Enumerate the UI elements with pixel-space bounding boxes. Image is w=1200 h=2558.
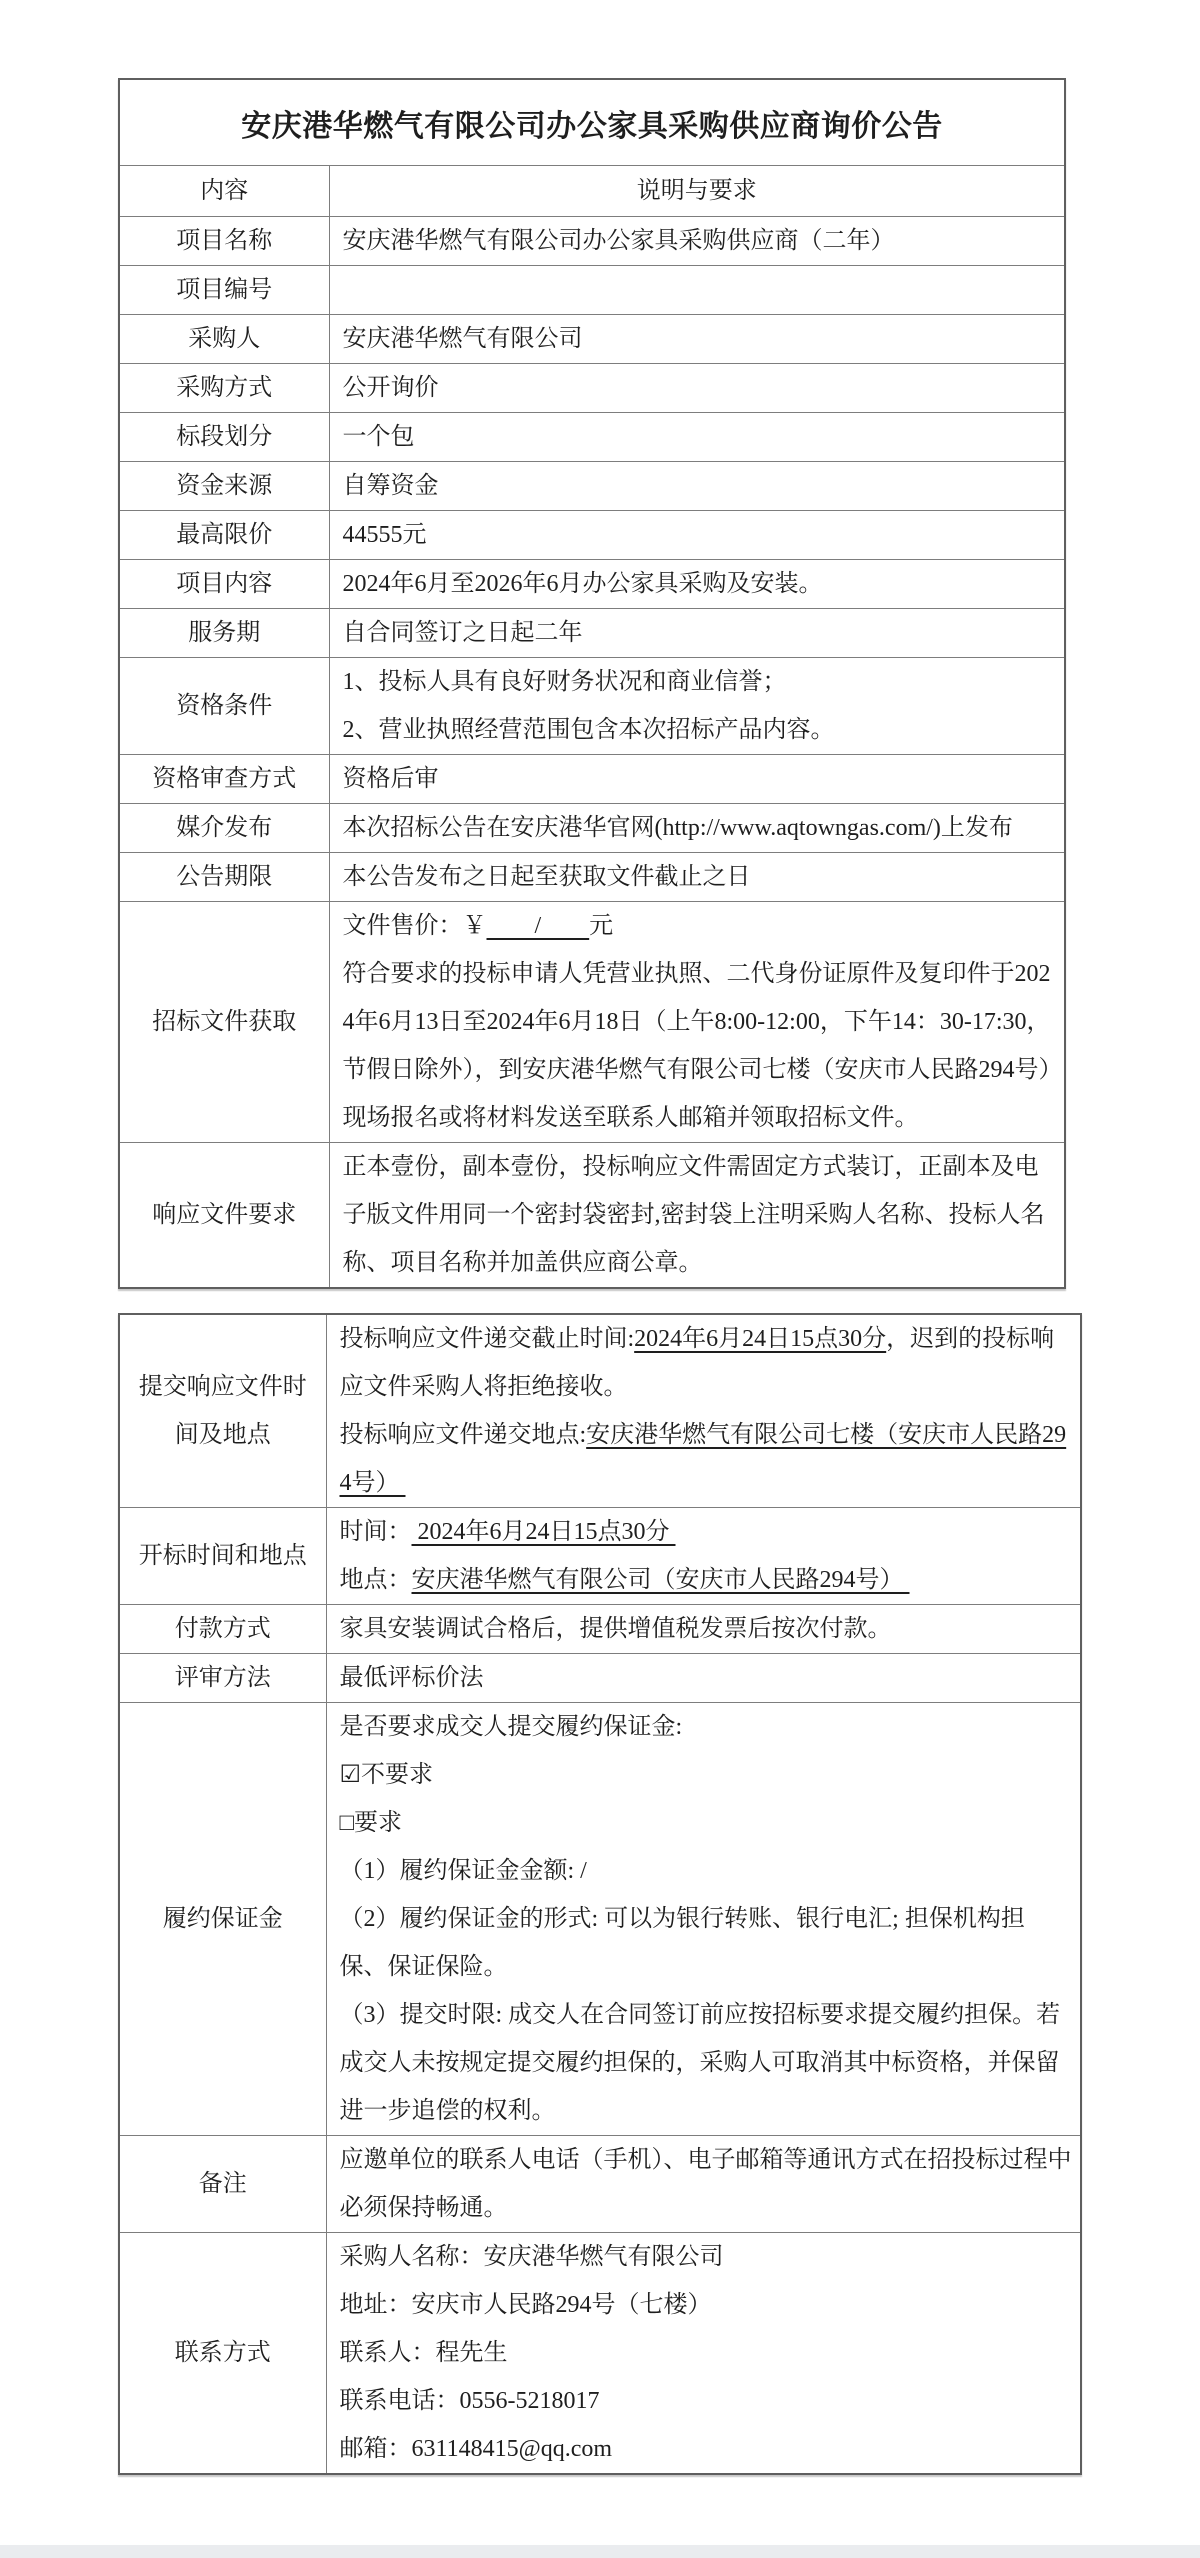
row-label: 履约保证金	[119, 1703, 326, 2136]
table-row: 标段划分一个包	[119, 413, 1065, 462]
value-line: 应邀单位的联系人电话（手机）、电子邮箱等通讯方式在招投标过程中必须保持畅通。	[340, 2136, 1073, 2232]
row-label: 资格审查方式	[119, 755, 329, 804]
row-label: 招标文件获取	[119, 902, 329, 1143]
row-label: 媒介发布	[119, 804, 329, 853]
value-line: 投标响应文件递交地点:安庆港华燃气有限公司七楼（安庆市人民路294号）	[340, 1411, 1073, 1507]
table-row: 提交响应文件时间及地点投标响应文件递交截止时间:2024年6月24日15点30分…	[119, 1314, 1081, 1508]
row-label: 采购方式	[119, 364, 329, 413]
row-label: 服务期	[119, 609, 329, 658]
row-value: 本次招标公告在安庆港华官网(http://www.aqtowngas.com/)…	[329, 804, 1065, 853]
value-line: 文件售价：￥ / 元	[343, 902, 1057, 950]
value-line: 资格后审	[343, 755, 1057, 803]
page-title: 安庆港华燃气有限公司办公家具采购供应商询价公告	[119, 79, 1065, 166]
value-line: 1、投标人具有良好财务状况和商业信誉；	[343, 658, 1057, 706]
row-value: 自筹资金	[329, 462, 1065, 511]
value-line: 采购人名称：安庆港华燃气有限公司	[340, 2233, 1073, 2281]
value-line: （1）履约保证金金额: /	[340, 1847, 1073, 1895]
announcement-table-primary: 安庆港华燃气有限公司办公家具采购供应商询价公告 内容 说明与要求 项目名称安庆港…	[118, 78, 1066, 1289]
row-label: 项目名称	[119, 217, 329, 266]
row-value: 一个包	[329, 413, 1065, 462]
row-value: 文件售价：￥ / 元符合要求的投标申请人凭营业执照、二代身份证原件及复印件于20…	[329, 902, 1065, 1143]
table-row: 服务期自合同签订之日起二年	[119, 609, 1065, 658]
table-row: 项目内容2024年6月至2026年6月办公家具采购及安装。	[119, 560, 1065, 609]
row-label: 评审方法	[119, 1654, 326, 1703]
value-line: 安庆港华燃气有限公司	[343, 315, 1057, 363]
value-line: 时间： 2024年6月24日15点30分	[340, 1508, 1073, 1556]
table-row: 履约保证金是否要求成交人提交履约保证金:☑不要求□要求（1）履约保证金金额: /…	[119, 1703, 1081, 2136]
value-line: 自筹资金	[343, 462, 1057, 510]
value-line: 是否要求成交人提交履约保证金:	[340, 1703, 1073, 1751]
value-line: 地址：安庆市人民路294号（七楼）	[340, 2281, 1073, 2329]
row-value	[329, 266, 1065, 315]
row-label: 开标时间和地点	[119, 1508, 326, 1605]
column-header-description: 说明与要求	[329, 166, 1065, 217]
value-line: 最低评标价法	[340, 1654, 1073, 1702]
row-label: 备注	[119, 2136, 326, 2233]
row-value: 44555元	[329, 511, 1065, 560]
row-value: 最低评标价法	[326, 1654, 1081, 1703]
table-row: 备注应邀单位的联系人电话（手机）、电子邮箱等通讯方式在招投标过程中必须保持畅通。	[119, 2136, 1081, 2233]
value-line: 投标响应文件递交截止时间:2024年6月24日15点30分，迟到的投标响应文件采…	[340, 1315, 1073, 1411]
table-row: 联系方式采购人名称：安庆港华燃气有限公司地址：安庆市人民路294号（七楼）联系人…	[119, 2233, 1081, 2475]
row-value: 是否要求成交人提交履约保证金:☑不要求□要求（1）履约保证金金额: /（2）履约…	[326, 1703, 1081, 2136]
row-value: 安庆港华燃气有限公司办公家具采购供应商（二年）	[329, 217, 1065, 266]
value-line: 正本壹份，副本壹份，投标响应文件需固定方式装订，正副本及电子版文件用同一个密封袋…	[343, 1143, 1057, 1287]
row-value: 1、投标人具有良好财务状况和商业信誉；2、营业执照经营范围包含本次招标产品内容。	[329, 658, 1065, 755]
value-line: 公开询价	[343, 364, 1057, 412]
row-value: 自合同签订之日起二年	[329, 609, 1065, 658]
value-line: 符合要求的投标申请人凭营业执照、二代身份证原件及复印件于2024年6月13日至2…	[343, 950, 1057, 1142]
table-row: 最高限价44555元	[119, 511, 1065, 560]
table-row: 资格审查方式资格后审	[119, 755, 1065, 804]
table-row: 付款方式家具安装调试合格后，提供增值税发票后按次付款。	[119, 1605, 1081, 1654]
value-line: 2024年6月至2026年6月办公家具采购及安装。	[343, 560, 1057, 608]
value-line: 安庆港华燃气有限公司办公家具采购供应商（二年）	[343, 217, 1057, 265]
row-value: 应邀单位的联系人电话（手机）、电子邮箱等通讯方式在招投标过程中必须保持畅通。	[326, 2136, 1081, 2233]
row-value: 资格后审	[329, 755, 1065, 804]
value-line: 一个包	[343, 413, 1057, 461]
value-line: ☑不要求	[340, 1751, 1073, 1799]
row-label: 公告期限	[119, 853, 329, 902]
table-row: 评审方法最低评标价法	[119, 1654, 1081, 1703]
value-line: （3）提交时限: 成交人在合同签订前应按招标要求提交履约担保。若成交人未按规定提…	[340, 1991, 1073, 2135]
row-label: 项目内容	[119, 560, 329, 609]
value-line: 邮箱：631148415@qq.com	[340, 2425, 1073, 2473]
value-line: 自合同签订之日起二年	[343, 609, 1057, 657]
value-line: 联系电话：0556-5218017	[340, 2377, 1073, 2425]
footer-strip	[0, 2545, 1200, 2558]
table-row: 公告期限本公告发布之日起至获取文件截止之日	[119, 853, 1065, 902]
value-line: □要求	[340, 1799, 1073, 1847]
row-label: 采购人	[119, 315, 329, 364]
table-row: 招标文件获取文件售价：￥ / 元符合要求的投标申请人凭营业执照、二代身份证原件及…	[119, 902, 1065, 1143]
row-value: 家具安装调试合格后，提供增值税发票后按次付款。	[326, 1605, 1081, 1654]
column-header-content: 内容	[119, 166, 329, 217]
value-line	[343, 266, 1057, 314]
table-row: 响应文件要求正本壹份，副本壹份，投标响应文件需固定方式装订，正副本及电子版文件用…	[119, 1143, 1065, 1289]
row-label: 项目编号	[119, 266, 329, 315]
value-line: 本公告发布之日起至获取文件截止之日	[343, 853, 1057, 901]
row-value: 投标响应文件递交截止时间:2024年6月24日15点30分，迟到的投标响应文件采…	[326, 1314, 1081, 1508]
value-line: 本次招标公告在安庆港华官网(http://www.aqtowngas.com/)…	[343, 804, 1057, 852]
value-line: 2、营业执照经营范围包含本次招标产品内容。	[343, 706, 1057, 754]
table-row: 资金来源自筹资金	[119, 462, 1065, 511]
table-row: 开标时间和地点时间： 2024年6月24日15点30分 地点：安庆港华燃气有限公…	[119, 1508, 1081, 1605]
row-label: 联系方式	[119, 2233, 326, 2475]
row-label: 资格条件	[119, 658, 329, 755]
row-label: 提交响应文件时间及地点	[119, 1314, 326, 1508]
row-value: 时间： 2024年6月24日15点30分 地点：安庆港华燃气有限公司（安庆市人民…	[326, 1508, 1081, 1605]
table-row: 采购人安庆港华燃气有限公司	[119, 315, 1065, 364]
row-label: 最高限价	[119, 511, 329, 560]
value-line: 家具安装调试合格后，提供增值税发票后按次付款。	[340, 1605, 1073, 1653]
announcement-document: 安庆港华燃气有限公司办公家具采购供应商询价公告 内容 说明与要求 项目名称安庆港…	[0, 0, 1200, 2558]
table-row: 项目名称安庆港华燃气有限公司办公家具采购供应商（二年）	[119, 217, 1065, 266]
column-header-row: 内容 说明与要求	[119, 166, 1065, 217]
row-label: 响应文件要求	[119, 1143, 329, 1289]
row-value: 采购人名称：安庆港华燃气有限公司地址：安庆市人民路294号（七楼）联系人：程先生…	[326, 2233, 1081, 2475]
value-line: （2）履约保证金的形式: 可以为银行转账、银行电汇; 担保机构担保、保证保险。	[340, 1895, 1073, 1991]
value-line: 地点：安庆港华燃气有限公司（安庆市人民路294号）	[340, 1556, 1073, 1604]
row-value: 本公告发布之日起至获取文件截止之日	[329, 853, 1065, 902]
row-label: 资金来源	[119, 462, 329, 511]
row-value: 公开询价	[329, 364, 1065, 413]
row-value: 正本壹份，副本壹份，投标响应文件需固定方式装订，正副本及电子版文件用同一个密封袋…	[329, 1143, 1065, 1289]
table-row: 媒介发布本次招标公告在安庆港华官网(http://www.aqtowngas.c…	[119, 804, 1065, 853]
table-row: 采购方式公开询价	[119, 364, 1065, 413]
table-row: 资格条件1、投标人具有良好财务状况和商业信誉；2、营业执照经营范围包含本次招标产…	[119, 658, 1065, 755]
row-value: 安庆港华燃气有限公司	[329, 315, 1065, 364]
title-row: 安庆港华燃气有限公司办公家具采购供应商询价公告	[119, 79, 1065, 166]
announcement-table-secondary: 提交响应文件时间及地点投标响应文件递交截止时间:2024年6月24日15点30分…	[118, 1313, 1082, 2475]
table-row: 项目编号	[119, 266, 1065, 315]
value-line: 联系人：程先生	[340, 2329, 1073, 2377]
value-line: 44555元	[343, 511, 1057, 559]
row-label: 标段划分	[119, 413, 329, 462]
row-value: 2024年6月至2026年6月办公家具采购及安装。	[329, 560, 1065, 609]
row-label: 付款方式	[119, 1605, 326, 1654]
